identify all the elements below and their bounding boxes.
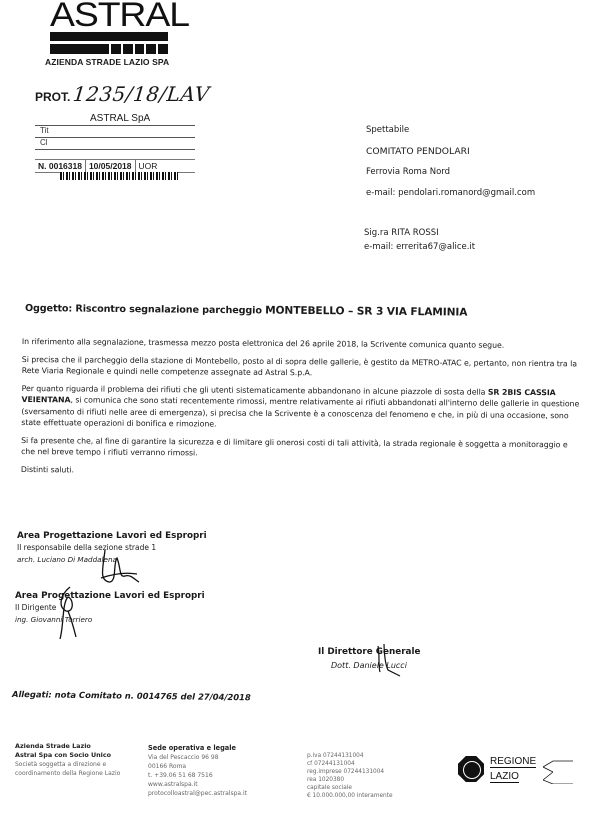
recipient-email: e-mail: pendolari.romanord@gmail.com xyxy=(366,183,535,204)
recipient-block: Spettabile COMITATO PENDOLARI Ferrovia R… xyxy=(366,120,535,204)
stamp-registration: N. 0016318 10/05/2018 UOR xyxy=(35,159,195,173)
footer-phone: t. +39.06 51 68 7516 xyxy=(148,771,247,780)
footer-address-heading: Sede operativa e legale xyxy=(148,744,247,753)
sig1-role: Il responsabile della sezione strade 1 xyxy=(17,542,207,554)
regione-seal-icon xyxy=(458,756,484,782)
protocol-handwritten-number: 1235/18/LAV xyxy=(72,82,211,106)
subject-line: Oggetto: Riscontro segnalazione parchegg… xyxy=(25,302,467,319)
footer-website[interactable]: www.astralspa.it xyxy=(148,780,247,789)
stamp-company: ASTRAL SpA xyxy=(90,113,150,124)
sig1-name: arch. Luciano Di Maddalena xyxy=(17,554,207,566)
footer-address-city: 00166 Roma xyxy=(148,762,247,771)
footer-legal: p.iva 07244131004 cf 07244131004 reg.imp… xyxy=(307,752,393,800)
signature-block-1: Area Progettazione Lavori ed Espropri Il… xyxy=(17,530,207,566)
director-signature-block: Il Direttore Generale Dott. Daniele Lucc… xyxy=(318,645,420,673)
stamp-cl-row: Cl xyxy=(35,138,195,150)
barcode xyxy=(60,172,178,180)
footer-company-line1: Azienda Strade Lazio xyxy=(15,742,120,751)
footer-company-line3: Società soggetta a direzione e xyxy=(15,760,120,769)
recipient-org: Ferrovia Roma Nord xyxy=(366,162,535,183)
footer-company: Azienda Strade Lazio Astral Spa con Soci… xyxy=(15,742,120,778)
protocol-label: PROT. xyxy=(35,90,70,104)
p3-text-c: , si comunica che sono stati recentement… xyxy=(21,395,579,428)
recipient2-name: Sig.ra RITA ROSSI xyxy=(364,226,475,240)
protocol-stamp: ASTRAL SpA Tit Cl N. 0016318 10/05/2018 … xyxy=(35,114,195,173)
regione-lazio-logo: REGIONE LAZIO xyxy=(455,756,575,786)
sig2-role: Il Dirigente xyxy=(15,602,205,614)
footer-address: Sede operativa e legale Via del Pescacci… xyxy=(148,744,247,798)
stamp-cl-label: Cl xyxy=(40,138,48,147)
signature-block-2: Area Progettazione Lavori ed Espropri Il… xyxy=(15,590,205,626)
footer-company-line2: Astral Spa con Socio Unico xyxy=(15,751,120,760)
regione-logo-line1: REGIONE xyxy=(490,756,536,768)
astral-logo: ASTRAL AZIENDA STRADE LAZIO SPA xyxy=(45,0,170,67)
footer-vat: p.iva 07244131004 xyxy=(307,752,393,760)
logo-bar-segmented xyxy=(50,44,168,54)
stamp-tit-label: Tit xyxy=(40,126,49,135)
attachments-note: Allegati: nota Comitato n. 0014765 del 2… xyxy=(12,689,251,702)
director-role: Il Direttore Generale xyxy=(318,645,420,659)
subject-emphasis: MONTEBELLO – SR 3 VIA FLAMINIA xyxy=(265,305,467,319)
footer-company-line4: coordinamento della Regione Lazio xyxy=(15,769,120,778)
sig2-area: Area Progettazione Lavori ed Espropri xyxy=(15,590,205,602)
footer-capital-value: € 10.000.000,00 interamente xyxy=(307,792,393,800)
letter-body: In riferimento alla segnalazione, trasme… xyxy=(21,336,582,485)
body-paragraph-1: In riferimento alla segnalazione, trasme… xyxy=(22,336,582,352)
body-paragraph-4: Si fa presente che, al fine di garantire… xyxy=(21,434,581,461)
regione-logo-line2: LAZIO xyxy=(490,771,519,783)
recipient-name: COMITATO PENDOLARI xyxy=(366,141,535,162)
registration-number: N. 0016318 xyxy=(35,160,86,172)
body-closing: Distinti saluti. xyxy=(21,463,581,479)
logo-wordmark: ASTRAL xyxy=(50,0,182,30)
registration-date: 10/05/2018 xyxy=(86,160,136,172)
subject-prefix: Oggetto: Riscontro segnalazione parchegg… xyxy=(25,303,265,317)
footer-rea: rea 1020380 xyxy=(307,776,393,784)
sig1-area: Area Progettazione Lavori ed Espropri xyxy=(17,530,207,542)
stamp-tit-row: Tit xyxy=(35,126,195,138)
footer-address-street: Via del Pescaccio 96 98 xyxy=(148,753,247,762)
stamp-company-row: ASTRAL SpA xyxy=(35,114,195,126)
body-paragraph-3: Per quanto riguarda il problema dei rifi… xyxy=(21,382,581,432)
footer-capital-label: capitale sociale xyxy=(307,784,393,792)
footer-tax-code: cf 07244131004 xyxy=(307,760,393,768)
recipient-salutation: Spettabile xyxy=(366,120,535,141)
recipient2-block: Sig.ra RITA ROSSI e-mail: errerita67@ali… xyxy=(364,226,475,254)
logo-subtitle: AZIENDA STRADE LAZIO SPA xyxy=(45,57,170,67)
recipient2-email: e-mail: errerita67@alice.it xyxy=(364,240,475,254)
director-name: Dott. Daniele Lucci xyxy=(318,659,420,673)
footer-registry: reg.imprese 07244131004 xyxy=(307,768,393,776)
regione-ribbon-icon xyxy=(543,758,573,784)
body-paragraph-2: Si precisa che il parcheggio della stazi… xyxy=(22,353,582,380)
footer-pec-email[interactable]: protocolloastral@pec.astralspa.it xyxy=(148,789,247,798)
p3-text-a: Per quanto riguarda il problema dei rifi… xyxy=(22,383,488,396)
sig2-name: ing. Giovanni Torriero xyxy=(15,614,205,626)
uor-label: UOR xyxy=(136,160,161,172)
